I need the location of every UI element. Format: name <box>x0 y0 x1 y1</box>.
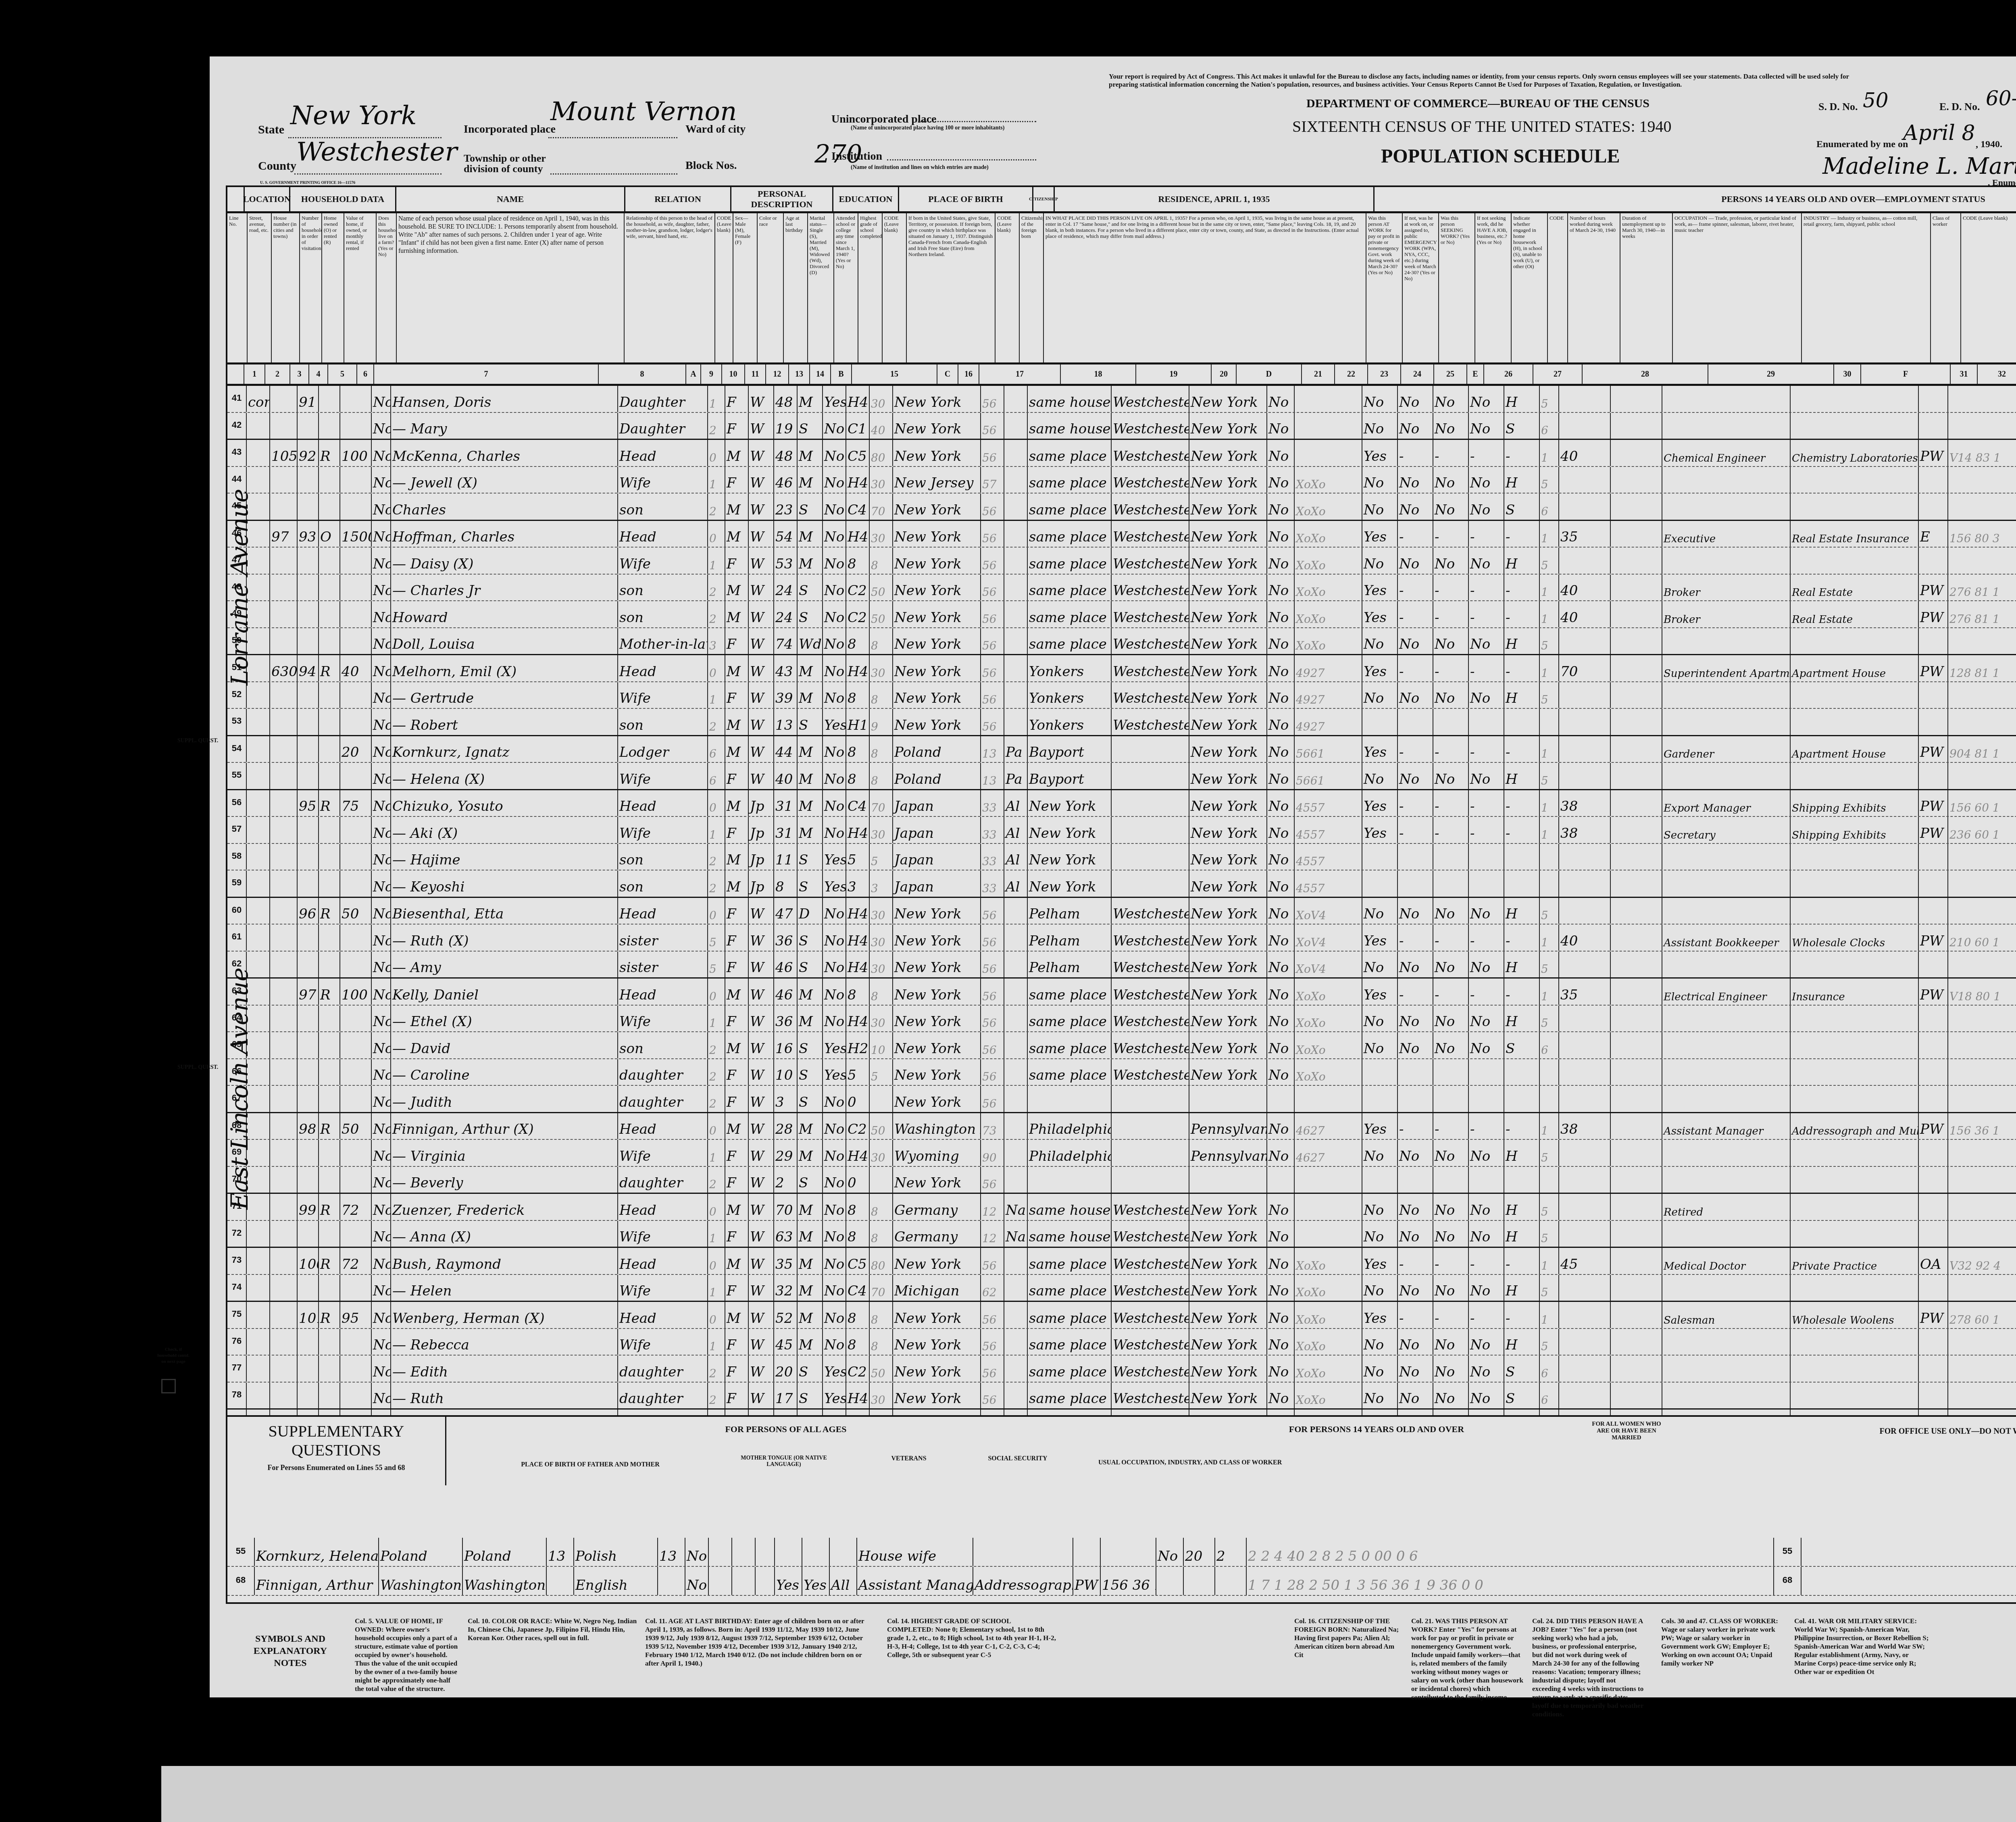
cell-name: Doll, Louisa <box>391 628 618 654</box>
cell-a: 0 <box>708 440 725 466</box>
column-number: 15 <box>852 364 937 384</box>
cell-r-county: Westchester <box>1112 709 1189 735</box>
desc-code-c: CODE (Leave blank) <box>996 213 1020 362</box>
cell-a: 1 <box>708 1221 725 1247</box>
cell-w21: Yes <box>1362 817 1398 843</box>
cell-grade: H4 <box>846 655 870 681</box>
incorporated-place-label: Incorporated place <box>464 123 556 136</box>
cell-dur <box>1611 1086 1662 1112</box>
household-check-label: Check, if household contd. on next page <box>155 1347 192 1365</box>
cell-birth: New York <box>893 1356 981 1382</box>
supp-cell-name: Finnigan, Arthur <box>255 1567 379 1595</box>
cell-b: 30 <box>870 655 893 681</box>
cell-relation: daughter <box>618 1383 708 1409</box>
cell-w23 <box>1433 709 1469 735</box>
cell-sch: No <box>823 440 846 466</box>
cell-r-farm: No <box>1267 925 1295 951</box>
desc-industry: INDUSTRY — Industry or business, as— cot… <box>1802 213 1931 362</box>
cell-farm: No <box>372 494 391 520</box>
cell-race: W <box>749 548 774 574</box>
cell-ind: Real Estate Insurance <box>1791 521 1919 547</box>
cell-race: W <box>749 1167 774 1193</box>
cell-birth: New York <box>893 682 981 708</box>
cell-ind <box>1791 952 1919 978</box>
cell-age: 43 <box>774 655 798 681</box>
cell-race: W <box>749 763 774 789</box>
cell-race: W <box>749 1059 774 1085</box>
cell-b: 8 <box>870 979 893 1005</box>
supp-cell-ind <box>973 1538 1073 1566</box>
cell-ind: Wholesale Woolens <box>1791 1302 1919 1328</box>
cell-name: — Beverly <box>391 1167 618 1193</box>
table-row: 4310592R100NoMcKenna, CharlesHead0MW48MN… <box>227 440 2016 467</box>
cell-hrs <box>1559 952 1611 978</box>
note-col11: Col. 11. AGE AT LAST BIRTHDAY: Enter age… <box>645 1617 871 1668</box>
cell-ind <box>1791 1032 1919 1058</box>
cell-cls <box>1919 844 1948 870</box>
cell-d <box>1295 1167 1362 1193</box>
cell-ind <box>1791 682 1919 708</box>
cell-value <box>340 601 372 627</box>
cell-e: 1 <box>1540 1113 1559 1139</box>
column-number: 32 <box>1978 364 2016 384</box>
cell-e: 5 <box>1540 898 1559 924</box>
cell-w21: No <box>1362 1356 1398 1382</box>
cell-r-county: Westchester <box>1112 548 1189 574</box>
cell-occ <box>1662 1383 1791 1409</box>
cell-w24: No <box>1469 763 1504 789</box>
cell-age: 40 <box>774 763 798 789</box>
cell-grade: 8 <box>846 548 870 574</box>
cell-race: W <box>749 1329 774 1355</box>
cell-name: — Mary <box>391 413 618 439</box>
cell-mar: S <box>798 494 823 520</box>
cell-d: 4557 <box>1295 844 1362 870</box>
cell-grade: H4 <box>846 1383 870 1409</box>
cell-d <box>1295 1221 1362 1247</box>
supp-cell-c47: PW <box>1073 1567 1101 1595</box>
cell-e: 5 <box>1540 386 1559 412</box>
cell-r-farm: No <box>1267 898 1295 924</box>
cell-r-county: Westchester <box>1112 1248 1189 1274</box>
cell-hrs <box>1559 548 1611 574</box>
cell-r-farm: No <box>1267 1356 1295 1382</box>
cell-sex: M <box>725 790 749 816</box>
cell-house <box>270 548 298 574</box>
cell-w21: No <box>1362 467 1398 493</box>
cell-w23: No <box>1433 1329 1469 1355</box>
cell-name: Howard <box>391 601 618 627</box>
supp-cell-c42 <box>775 1538 802 1566</box>
cell-sex: M <box>725 1113 749 1139</box>
cell-b: 70 <box>870 494 893 520</box>
cell-occ <box>1662 1086 1791 1112</box>
cell-d: XoXo <box>1295 1059 1362 1085</box>
cell-f: 210 60 1 <box>1948 925 2016 951</box>
cell-street <box>247 1329 270 1355</box>
cell-sch: No <box>823 979 846 1005</box>
cell-w22: - <box>1398 1302 1433 1328</box>
cell-cls <box>1919 682 1948 708</box>
cell-w22 <box>1398 844 1433 870</box>
incorporated-place-value: Mount Vernon <box>550 97 737 127</box>
cell-d <box>1295 1086 1362 1112</box>
cell-own <box>319 844 340 870</box>
cell-w22: - <box>1398 979 1433 1005</box>
cell-sch: No <box>823 817 846 843</box>
group-citizenship: CITIZENSHIP <box>1033 187 1055 211</box>
cell-r-state: New York <box>1189 1329 1267 1355</box>
cell-b: 5 <box>870 1059 893 1085</box>
cell-farm: No <box>372 1059 391 1085</box>
cell-value: 95 <box>340 1302 372 1328</box>
cell-r-city: Philadelphia <box>1028 1140 1112 1166</box>
cell-relation: daughter <box>618 1167 708 1193</box>
cell-line: 43 <box>227 440 247 466</box>
census-rows: 41contd91NoHansen, DorisDaughter1FW48MYe… <box>227 386 2016 1464</box>
cell-dur <box>1611 467 1662 493</box>
cell-w23 <box>1433 1059 1469 1085</box>
cell-w22: - <box>1398 736 1433 762</box>
cell-e: 1 <box>1540 575 1559 601</box>
cell-race: W <box>749 1140 774 1166</box>
cell-hh <box>298 925 319 951</box>
cell-age: 39 <box>774 682 798 708</box>
cell-c: 73 <box>981 1113 1004 1139</box>
cell-own <box>319 1006 340 1032</box>
cell-house <box>270 628 298 654</box>
cell-farm: No <box>372 817 391 843</box>
cell-r-county <box>1112 790 1189 816</box>
cell-sch: No <box>823 1113 846 1139</box>
cell-house <box>270 844 298 870</box>
cell-age: 8 <box>774 870 798 897</box>
cell-occ <box>1662 763 1791 789</box>
cell-name: Biesenthal, Etta <box>391 898 618 924</box>
cell-e: 5 <box>1540 763 1559 789</box>
cell-sex: M <box>725 521 749 547</box>
column-number: 22 <box>1335 364 1368 384</box>
cell-age: 74 <box>774 628 798 654</box>
cell-grade: C4 <box>846 790 870 816</box>
cell-w24: - <box>1469 521 1504 547</box>
cell-cit: Al <box>1004 870 1028 897</box>
cell-mar: M <box>798 521 823 547</box>
cell-b: 30 <box>870 898 893 924</box>
table-row: 5695R75NoChizuko, YosutoHead0MJp31MNoC47… <box>227 790 2016 817</box>
cell-birth: Japan <box>893 790 981 816</box>
cell-r-city: New York <box>1028 817 1112 843</box>
cell-w21 <box>1362 844 1398 870</box>
cell-mar: S <box>798 709 823 735</box>
cell-sex: F <box>725 1086 749 1112</box>
cell-hh <box>298 494 319 520</box>
cell-grade: H4 <box>846 521 870 547</box>
cell-own <box>319 952 340 978</box>
cell-ind <box>1791 1006 1919 1032</box>
cell-r-city: same place <box>1028 521 1112 547</box>
supp-cell-tongue: English <box>574 1567 658 1595</box>
cell-dur <box>1611 1356 1662 1382</box>
cell-e: 6 <box>1540 494 1559 520</box>
cell-w22 <box>1398 1167 1433 1193</box>
column-number: 16 <box>958 364 979 384</box>
cell-value: 20 <box>340 736 372 762</box>
cell-w22: No <box>1398 763 1433 789</box>
cell-cls: PW <box>1919 736 1948 762</box>
cell-w25: H <box>1504 1006 1540 1032</box>
cell-e: 6 <box>1540 1356 1559 1382</box>
cell-r-state: New York <box>1189 655 1267 681</box>
supp-cell-ind: Addressograph Multigraph Machines <box>973 1567 1073 1595</box>
cell-sex: M <box>725 870 749 897</box>
cell-b: 8 <box>870 628 893 654</box>
cell-ind <box>1791 1086 1919 1112</box>
cell-relation: Wife <box>618 1221 708 1247</box>
cell-w21: Yes <box>1362 655 1398 681</box>
cell-r-farm: No <box>1267 440 1295 466</box>
cell-d: 4557 <box>1295 817 1362 843</box>
cell-farm: No <box>372 1221 391 1247</box>
cell-r-farm: No <box>1267 548 1295 574</box>
cell-r-city: New York <box>1028 870 1112 897</box>
cell-birth: Germany <box>893 1194 981 1220</box>
supp-cell-c43: Yes <box>802 1567 830 1595</box>
supplementary-questions: SUPPLEMENTARY QUESTIONS For Persons Enum… <box>226 1415 2016 1604</box>
cell-e: 1 <box>1540 440 1559 466</box>
cell-relation: Head <box>618 521 708 547</box>
supp-cell-i <box>756 1567 775 1595</box>
cell-r-state: New York <box>1189 682 1267 708</box>
cell-r-state: New York <box>1189 817 1267 843</box>
cell-birth: New York <box>893 521 981 547</box>
cell-w22: - <box>1398 655 1433 681</box>
cell-cit <box>1004 386 1028 412</box>
cell-d: XoXo <box>1295 1032 1362 1058</box>
cell-cit: Al <box>1004 817 1028 843</box>
cell-cit <box>1004 1302 1028 1328</box>
cell-w23 <box>1433 844 1469 870</box>
cell-w22: No <box>1398 1006 1433 1032</box>
cell-name: Kornkurz, Ignatz <box>391 736 618 762</box>
cell-mar: M <box>798 548 823 574</box>
cell-own <box>319 870 340 897</box>
group-birthplace: PLACE OF BIRTH <box>899 187 1033 211</box>
cell-e: 5 <box>1540 1221 1559 1247</box>
desc-other-status: Indicate whether engaged in home housewo… <box>1512 213 1548 362</box>
column-number: 23 <box>1368 364 1401 384</box>
cell-r-state: New York <box>1189 709 1267 735</box>
table-row: 53No— Robertson2MW13SYesH19New York56Yon… <box>227 709 2016 736</box>
cell-a: 1 <box>708 548 725 574</box>
printing-office: U. S. GOVERNMENT PRINTING OFFICE 16—1157… <box>260 181 355 185</box>
cell-f: V18 80 1 <box>1948 979 2016 1005</box>
cell-b: 5 <box>870 844 893 870</box>
social-security-header: SOCIAL SECURITY <box>965 1455 1070 1462</box>
cell-name: — Amy <box>391 952 618 978</box>
next-sheet-edge <box>161 1766 2016 1822</box>
cell-w22: - <box>1398 817 1433 843</box>
cell-relation: Wife <box>618 1329 708 1355</box>
cell-mar: S <box>798 952 823 978</box>
column-number: 30 <box>1834 364 1861 384</box>
cell-hh <box>298 844 319 870</box>
cell-sex: F <box>725 1140 749 1166</box>
cell-hrs <box>1559 844 1611 870</box>
cell-occ <box>1662 1329 1791 1355</box>
cell-r-city: same place <box>1028 1032 1112 1058</box>
cell-b: 80 <box>870 440 893 466</box>
cell-f <box>1948 1059 2016 1085</box>
cell-house <box>270 898 298 924</box>
cell-dur <box>1611 1113 1662 1139</box>
cell-w25: H <box>1504 1140 1540 1166</box>
desc-emergency-work: If not, was he at work on, or assigned t… <box>1403 213 1439 362</box>
desc-residence: IN WHAT PLACE DID THIS PERSON LIVE ON AP… <box>1044 213 1366 362</box>
cell-w24: - <box>1469 925 1504 951</box>
cell-b: 8 <box>870 1302 893 1328</box>
cell-d: XoXo <box>1295 601 1362 627</box>
cell-w24: No <box>1469 628 1504 654</box>
cell-ind <box>1791 898 1919 924</box>
cell-w23: No <box>1433 952 1469 978</box>
cell-farm: No <box>372 413 391 439</box>
street-name-lorraine: Lorraine Avenue <box>226 489 253 685</box>
cell-c: 56 <box>981 386 1004 412</box>
cell-r-county <box>1112 1113 1189 1139</box>
cell-dur <box>1611 1006 1662 1032</box>
desc-household-no: Number of household in order of visitati… <box>300 213 322 362</box>
cell-e: 6 <box>1540 413 1559 439</box>
cell-w25: S <box>1504 1383 1540 1409</box>
cell-race: W <box>749 628 774 654</box>
cell-age: 48 <box>774 440 798 466</box>
table-row: 55No— Helena (X)Wife6FW40MNo88Poland13Pa… <box>227 763 2016 790</box>
note-col21: Col. 21. WAS THIS PERSON AT WORK? Enter … <box>1411 1617 1524 1701</box>
supp-cell-office: 1 7 1 28 2 50 1 3 56 36 1 9 36 0 0 <box>1247 1567 1774 1595</box>
cell-cls: PW <box>1919 601 1948 627</box>
cell-own <box>319 1221 340 1247</box>
cell-hh: 95 <box>298 790 319 816</box>
cell-hh <box>298 709 319 735</box>
supplementary-row: 68Finnigan, ArthurWashington DCWashingto… <box>227 1567 2016 1596</box>
cell-dur <box>1611 979 1662 1005</box>
cell-name: — Virginia <box>391 1140 618 1166</box>
cell-sex: M <box>725 440 749 466</box>
cell-w25: H <box>1504 1194 1540 1220</box>
cell-dur <box>1611 817 1662 843</box>
household-continued-checkbox[interactable] <box>161 1379 176 1393</box>
cell-birth: New Jersey <box>893 467 981 493</box>
column-number: 19 <box>1136 364 1212 384</box>
cell-sch: Yes <box>823 1356 846 1382</box>
cell-b: 8 <box>870 548 893 574</box>
cell-f <box>1948 1006 2016 1032</box>
table-row: 41contd91NoHansen, DorisDaughter1FW48MYe… <box>227 386 2016 413</box>
cell-line: 72 <box>227 1221 247 1247</box>
cell-dur <box>1611 709 1662 735</box>
cell-r-county: Westchester <box>1112 1059 1189 1085</box>
cell-sch: Yes <box>823 870 846 897</box>
cell-occ <box>1662 1140 1791 1166</box>
confidentiality-notice: Your report is required by Act of Congre… <box>1109 73 1875 89</box>
column-number: 1 <box>244 364 265 384</box>
cell-hrs <box>1559 1140 1611 1166</box>
cell-ind: Chemistry Laboratories <box>1791 440 1919 466</box>
cell-street <box>247 1356 270 1382</box>
cell-age: 52 <box>774 1302 798 1328</box>
desc-farm: Does this household live on a farm? (Yes… <box>377 213 397 362</box>
cell-hrs <box>1559 1086 1611 1112</box>
group-name: NAME <box>396 187 625 211</box>
cell-b <box>870 1086 893 1112</box>
cell-sex: M <box>725 1194 749 1220</box>
table-row: 44No— Jewell (X)Wife1FW46MNoH430New Jers… <box>227 467 2016 494</box>
cell-race: W <box>749 898 774 924</box>
desc-sex: Sex—Male (M), Female (F) <box>733 213 758 362</box>
cell-value <box>340 952 372 978</box>
cell-w23: No <box>1433 413 1469 439</box>
cell-age: 16 <box>774 1032 798 1058</box>
cell-age: 45 <box>774 1329 798 1355</box>
table-row: 6096R50NoBiesenthal, EttaHead0FW47DNoH43… <box>227 898 2016 925</box>
cell-house <box>270 386 298 412</box>
cell-age: 47 <box>774 898 798 924</box>
cell-c: 56 <box>981 521 1004 547</box>
cell-ind <box>1791 1167 1919 1193</box>
table-row: 58No— Hajimeson2MJp11SYes55Japan33AlNew … <box>227 844 2016 871</box>
cell-birth: New York <box>893 1086 981 1112</box>
cell-w21: No <box>1362 1140 1398 1166</box>
cell-w21: No <box>1362 1194 1398 1220</box>
cell-sex: F <box>725 898 749 924</box>
cell-farm: No <box>372 1302 391 1328</box>
enumerated-label: Enumerated by me on <box>1816 139 1908 150</box>
cell-f <box>1948 1329 2016 1355</box>
column-number: 9 <box>701 364 722 384</box>
cell-age: 36 <box>774 1006 798 1032</box>
cell-ind: Real Estate <box>1791 575 1919 601</box>
cell-a: 0 <box>708 1248 725 1274</box>
cell-e <box>1540 870 1559 897</box>
cell-c: 56 <box>981 575 1004 601</box>
table-row: 70No— Beverlydaughter2FW2SNo0New York567… <box>227 1167 2016 1194</box>
cell-w24: - <box>1469 1248 1504 1274</box>
cell-w22: No <box>1398 1275 1433 1301</box>
cell-e: 1 <box>1540 521 1559 547</box>
cell-birth: New York <box>893 1329 981 1355</box>
cell-hrs <box>1559 1356 1611 1382</box>
cell-hrs: 38 <box>1559 790 1611 816</box>
cell-w22: No <box>1398 1383 1433 1409</box>
note-col14: Col. 14. HIGHEST GRADE OF SCHOOL COMPLET… <box>887 1617 1056 1659</box>
cell-line: 55 <box>227 763 247 789</box>
cell-c: 56 <box>981 682 1004 708</box>
cell-w25: H <box>1504 628 1540 654</box>
column-number: 20 <box>1212 364 1237 384</box>
cell-sch: No <box>823 736 846 762</box>
cell-sch: Yes <box>823 844 846 870</box>
desc-house-no: House number (in cities and towns) <box>272 213 300 362</box>
cell-house <box>270 575 298 601</box>
cell-d: 5661 <box>1295 736 1362 762</box>
cell-sch: No <box>823 952 846 978</box>
table-row: 48No— Charles Jrson2MW24SNoC250New York5… <box>227 575 2016 602</box>
cell-w25: S <box>1504 1356 1540 1382</box>
cell-dur <box>1611 628 1662 654</box>
cell-house <box>270 1221 298 1247</box>
cell-r-farm: No <box>1267 494 1295 520</box>
